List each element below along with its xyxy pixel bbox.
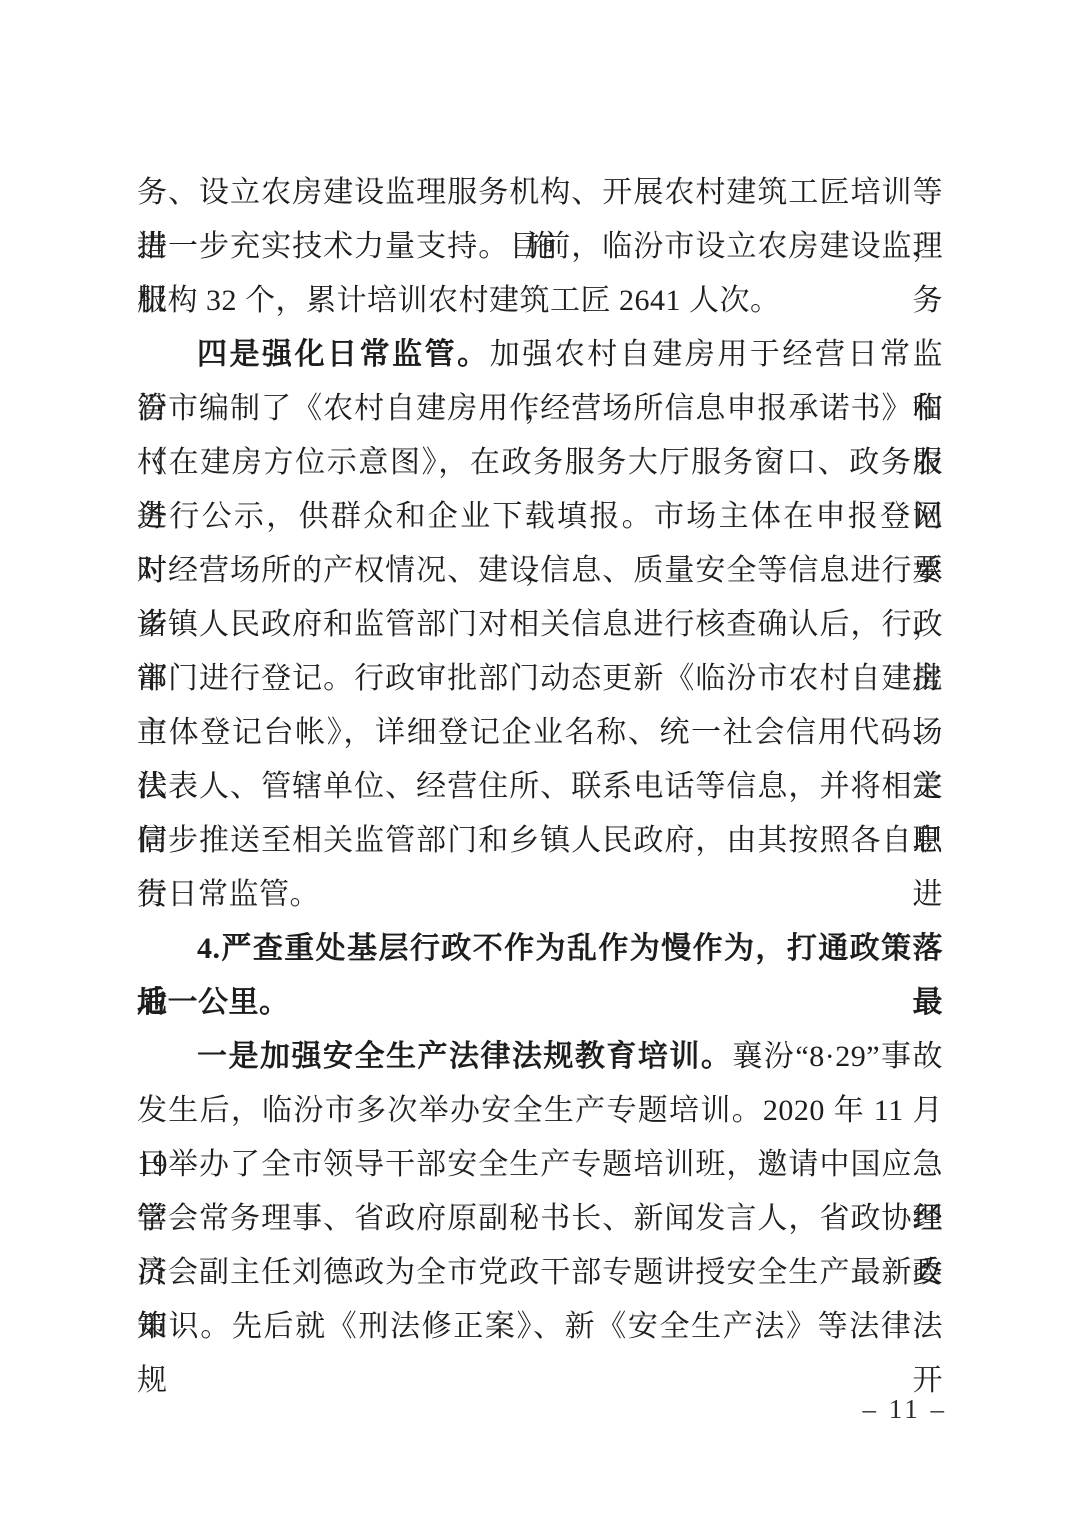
text-line: 员会副主任刘德政为全市党政干部专题讲授安全生产最新政策 [137, 1246, 943, 1300]
page-number: – 11 – [863, 1394, 948, 1425]
text-line: 汾市编制了《农村自建房用作经营场所信息申报承诺书》和《农 [137, 382, 943, 436]
document-page: 务、设立农房建设监理服务机构、开展农村建筑工匠培训等措施，进一步充实技术力量支持… [0, 0, 1080, 1526]
text-run: 襄汾“8·29”事故 [732, 1040, 943, 1073]
text-line: 对经营场所的产权情况、建设信息、质量安全等信息进行承诺， [137, 544, 943, 598]
document-body: 务、设立农房建设监理服务机构、开展农村建筑工匠培训等措施，进一步充实技术力量支持… [137, 166, 943, 1354]
text-line: 同步推送至相关监管部门和乡镇人民政府，由其按照各自职责进 [137, 814, 943, 868]
text-line: 主体登记台帐》，详细登记企业名称、统一社会信用代码、法定 [137, 706, 943, 760]
text-line: 一是加强安全生产法律法规教育培训。襄汾“8·29”事故 [137, 1030, 943, 1084]
text-line: 村在建房方位示意图》，在政务服务大厅服务窗口、政务服务网 [137, 436, 943, 490]
text-line: 务、设立农房建设监理服务机构、开展农村建筑工匠培训等措施， [137, 166, 943, 220]
text-line: 4.严查重处基层行政不作为乱作为慢作为，打通政策落地最 [137, 922, 943, 976]
text-line: 日举办了全市领导干部安全生产专题培训班，邀请中国应急管理 [137, 1138, 943, 1192]
text-line: 代表人、管辖单位、经营住所、联系电话等信息，并将相关信息 [137, 760, 943, 814]
text-line: 知识。先后就《刑法修正案》、新《安全生产法》等法律法规开 [137, 1300, 943, 1354]
text-line: 乡镇人民政府和监管部门对相关信息进行核查确认后，行政审批 [137, 598, 943, 652]
text-line: 部门进行登记。行政审批部门动态更新《临汾市农村自建房市场 [137, 652, 943, 706]
text-line: 学会常务理事、省政府原副秘书长、新闻发言人，省政协经济委 [137, 1192, 943, 1246]
text-line: 四是强化日常监管。加强农村自建房用于经营日常监管，临 [137, 328, 943, 382]
bold-text-run: 一是加强安全生产法律法规教育培训。 [197, 1040, 732, 1073]
bold-text-run: 四是强化日常监管。 [197, 338, 490, 371]
text-line: 进一步充实技术力量支持。目前，临汾市设立农房建设监理服务 [137, 220, 943, 274]
text-line: 进行公示，供群众和企业下载填报。市场主体在申报登记时，要 [137, 490, 943, 544]
text-run: 知识。先后就《刑法修正案》、新《安全生产法》等法律法规开 [137, 1310, 943, 1397]
text-run: 机构 32 个，累计培训农村建筑工匠 2641 人次。 [137, 284, 781, 317]
bold-text-run: 后一公里。 [137, 986, 290, 1019]
text-line: 发生后，临汾市多次举办安全生产专题培训。2020 年 11 月 19 [137, 1084, 943, 1138]
text-run: 行日常监管。 [137, 878, 320, 911]
